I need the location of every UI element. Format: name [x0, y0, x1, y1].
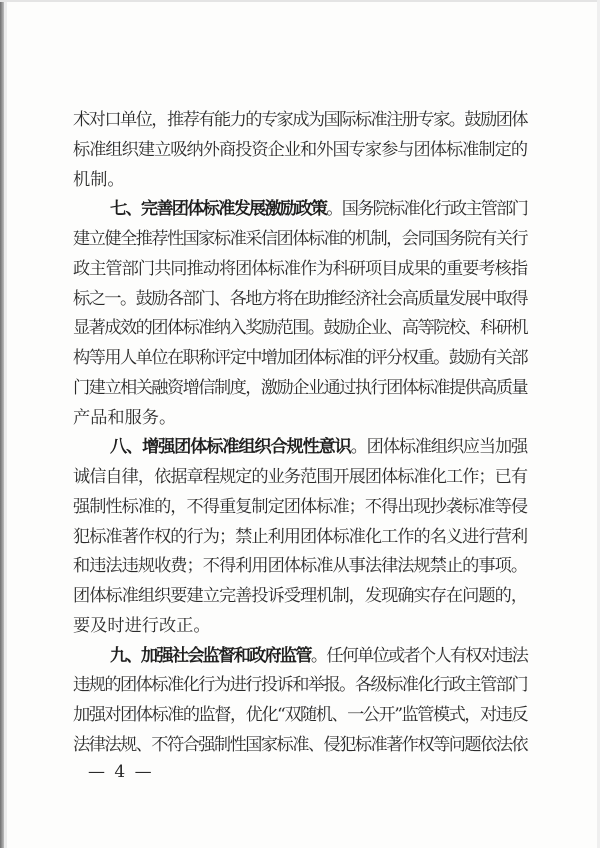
- text-line: 违规的团体标准化行为进行投诉和举报。各级标准化行政主管部门: [73, 673, 527, 703]
- paragraph-section-7: 七、完善团体标准发展激励政策。国务院标准化行政主管部门 建立健全推荐性国家标准采…: [73, 197, 527, 435]
- section-first-line: 八、增强团体标准组织合规性意识。团体标准组织应当加强: [73, 435, 527, 465]
- document-body: 术对口单位，推荐有能力的专家成为国际标准注册专家。鼓励团体 标准组织建立吸纳外商…: [73, 108, 527, 763]
- page-number: — 4 —: [88, 762, 154, 782]
- text-line: 建立健全推荐性国家标准采信团体标准的机制，会同国务院有关行: [73, 227, 527, 257]
- section-heading: 七、完善团体标准发展激励政策: [110, 199, 326, 219]
- text-line: 加强对团体标准的监督，优化“双随机、一公开”监管模式，对违反: [73, 703, 527, 733]
- text-line: 门建立相关融资增信制度，激励企业通过执行团体标准提供高质量: [73, 376, 527, 406]
- text-line: 机制。: [73, 168, 527, 198]
- text-line: 标准组织建立吸纳外商投资企业和外国专家参与团体标准制定的: [73, 138, 527, 168]
- section-first-line-text: 。任何单位或者个人有权对违法: [311, 646, 527, 666]
- scan-top-edge: [0, 0, 600, 2]
- section-first-line-text: 。国务院标准化行政主管部门: [326, 199, 527, 219]
- section-first-line-text: 。团体标准组织应当加强: [351, 437, 527, 457]
- section-first-line: 九、加强社会监督和政府监管。任何单位或者个人有权对违法: [73, 644, 527, 674]
- text-line: 显著成效的团体标准纳入奖励范围。鼓励企业、高等院校、科研机: [73, 316, 527, 346]
- text-line: 法律法规、不符合强制性国家标准、侵犯标准著作权等问题依法依: [73, 733, 527, 763]
- paragraph-section-9: 九、加强社会监督和政府监管。任何单位或者个人有权对违法 违规的团体标准化行为进行…: [73, 644, 527, 763]
- text-line: 政主管部门共同推动将团体标准作为科研项目成果的重要考核指: [73, 257, 527, 287]
- text-line: 诚信自律，依据章程规定的业务范围开展团体标准化工作；已有: [73, 465, 527, 495]
- section-heading: 八、增强团体标准组织合规性意识: [110, 437, 351, 457]
- text-line: 和违法违规收费；不得利用团体标准从事法律法规禁止的事项。: [73, 554, 527, 584]
- section-first-line: 七、完善团体标准发展激励政策。国务院标准化行政主管部门: [73, 197, 527, 227]
- text-line: 术对口单位，推荐有能力的专家成为国际标准注册专家。鼓励团体: [73, 108, 527, 138]
- paragraph-section-8: 八、增强团体标准组织合规性意识。团体标准组织应当加强 诚信自律，依据章程规定的业…: [73, 435, 527, 643]
- text-line: 要及时进行改正。: [73, 614, 527, 644]
- text-line: 团体标准组织要建立完善投诉受理机制，发现确实存在问题的，: [73, 584, 527, 614]
- section-heading: 九、加强社会监督和政府监管: [110, 646, 311, 666]
- text-line: 强制性标准的，不得重复制定团体标准；不得出现抄袭标准等侵: [73, 495, 527, 525]
- scan-left-shadow: [4, 0, 7, 848]
- text-line: 标之一。鼓励各部门、各地方将在助推经济社会高质量发展中取得: [73, 287, 527, 317]
- text-line: 产品和服务。: [73, 406, 527, 436]
- paragraph-continuation: 术对口单位，推荐有能力的专家成为国际标准注册专家。鼓励团体 标准组织建立吸纳外商…: [73, 108, 527, 197]
- text-line: 犯标准著作权的行为；禁止利用团体标准化工作的名义进行营利: [73, 525, 527, 555]
- text-line: 构等用人单位在职称评定中增加团体标准的评分权重。鼓励有关部: [73, 346, 527, 376]
